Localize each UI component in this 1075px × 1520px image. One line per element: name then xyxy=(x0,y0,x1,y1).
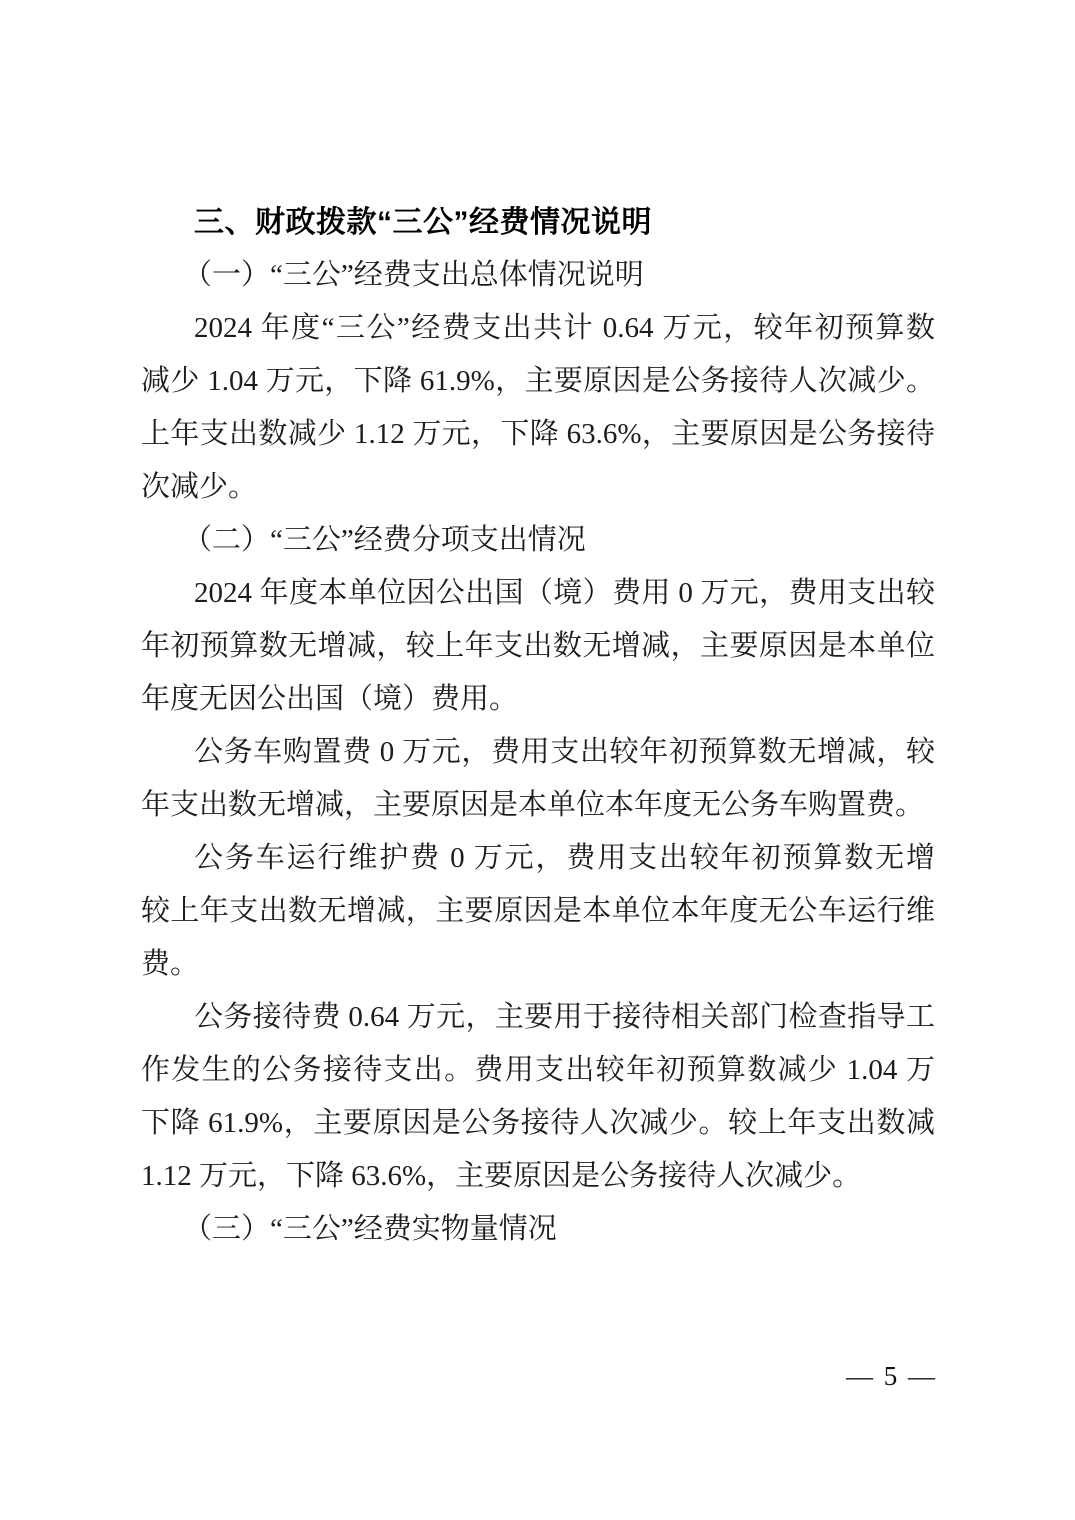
paragraph-line: 公务车购置费 0 万元，费用支出较年初预算数无增减，较上 xyxy=(141,726,935,779)
paragraph-line: 2024 年度“三公”经费支出共计 0.64 万元，较年初预算数 xyxy=(141,302,935,355)
paragraph-line: 年支出数无增减，主要原因是本单位本年度无公务车购置费。 xyxy=(141,779,935,832)
paragraph-line: 公务车运行维护费 0 万元，费用支出较年初预算数无增减， xyxy=(141,832,935,885)
paragraph-line: 年初预算数无增减，较上年支出数无增减，主要原因是本单位本 xyxy=(141,620,935,673)
paragraph-line: 下降 61.9%，主要原因是公务接待人次减少。较上年支出数减少 xyxy=(141,1097,935,1150)
paragraph-line: 费。 xyxy=(141,938,935,991)
document-body: 三、财政拨款“三公”经费情况说明 （一）“三公”经费支出总体情况说明 2024 … xyxy=(141,196,935,1256)
paragraph-line: 公务接待费 0.64 万元，主要用于接待相关部门检查指导工 xyxy=(141,991,935,1044)
paragraph-line: 次减少。 xyxy=(141,461,935,514)
subsection-heading-1: （一）“三公”经费支出总体情况说明 xyxy=(141,249,935,302)
paragraph-line: 1.12 万元，下降 63.6%，主要原因是公务接待人次减少。 xyxy=(141,1150,935,1203)
section-title: 三、财政拨款“三公”经费情况说明 xyxy=(141,196,935,249)
paragraph-line: 年度无因公出国（境）费用。 xyxy=(141,673,935,726)
paragraph-line: 2024 年度本单位因公出国（境）费用 0 万元，费用支出较 xyxy=(141,567,935,620)
paragraph-line: 上年支出数减少 1.12 万元，下降 63.6%，主要原因是公务接待人 xyxy=(141,408,935,461)
paragraph-line: 较上年支出数无增减，主要原因是本单位本年度无公车运行维护 xyxy=(141,885,935,938)
paragraph-line: 作发生的公务接待支出。费用支出较年初预算数减少 1.04 万元， xyxy=(141,1044,935,1097)
subsection-heading-3: （三）“三公”经费实物量情况 xyxy=(141,1203,935,1256)
page-number: — 5 — xyxy=(846,1358,937,1394)
subsection-heading-2: （二）“三公”经费分项支出情况 xyxy=(141,514,935,567)
paragraph-line: 减少 1.04 万元，下降 61.9%，主要原因是公务接待人次减少。较 xyxy=(141,355,935,408)
document-page: 三、财政拨款“三公”经费情况说明 （一）“三公”经费支出总体情况说明 2024 … xyxy=(0,0,1075,1520)
